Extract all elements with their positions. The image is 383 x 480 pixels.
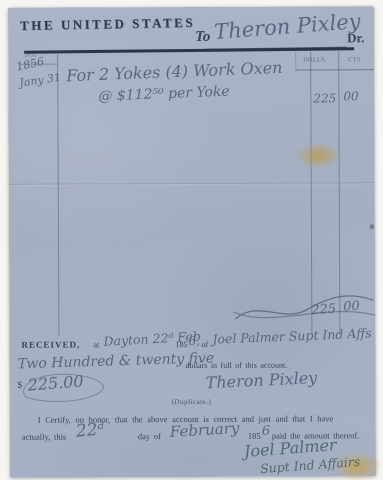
certify-day-of: day of bbox=[138, 431, 161, 441]
payee-signature-handwritten: Theron Pixley bbox=[205, 368, 317, 392]
entry-amount-dollars: 225 bbox=[313, 91, 336, 105]
received-year-digit-handwritten: 6, bbox=[188, 334, 200, 348]
date-column-divider bbox=[57, 53, 59, 336]
dollars-column-header: DOLLS. bbox=[303, 57, 327, 63]
duplicate-label: (Duplicate.) bbox=[172, 398, 212, 406]
amount-flourish bbox=[16, 369, 120, 403]
entry-description-line1: For 2 Yokes (4) Work Oxen bbox=[66, 58, 283, 85]
entry-date-handwritten: Jany 31 bbox=[19, 71, 62, 90]
certify-year-digit-handwritten: 6 bbox=[262, 424, 270, 439]
received-at-label: at bbox=[93, 340, 99, 349]
certify-day-handwritten: 22ᵈ bbox=[75, 419, 105, 442]
money-header-box-bottom bbox=[295, 69, 374, 70]
certify-month-handwritten: February bbox=[169, 419, 239, 441]
certify-year-printed: 185 bbox=[248, 431, 261, 441]
total-dollars: 225 bbox=[311, 302, 337, 318]
entry-amount-cents: 00 bbox=[343, 89, 358, 103]
money-header-box-left bbox=[295, 52, 296, 70]
united-states-title: THE UNITED STATES bbox=[20, 15, 195, 34]
paper-speck bbox=[370, 224, 374, 229]
document-paper: THE UNITED STATES To Theron Pixley Dr. 1… bbox=[8, 6, 376, 478]
total-cents: 00 bbox=[343, 299, 360, 315]
ink-stain-middle bbox=[295, 142, 341, 168]
entry-year-handwritten: 1856 bbox=[15, 55, 45, 74]
dollars-in-full-clause: dollars in full of this account. bbox=[186, 361, 288, 370]
header-rule bbox=[24, 47, 354, 53]
certify-actually-this: actually, this bbox=[22, 432, 66, 442]
to-label: To bbox=[195, 29, 210, 46]
received-of-label: of bbox=[201, 340, 208, 349]
fold-crease bbox=[9, 182, 375, 185]
entry-description-line2: @ $112⁵⁰ per Yoke bbox=[98, 84, 230, 105]
payee-name-handwritten: Theron Pixley bbox=[213, 9, 361, 44]
received-year-printed: 185 bbox=[175, 340, 187, 349]
dr-label: Dr. bbox=[347, 30, 364, 46]
cents-column-header: CTS. bbox=[348, 57, 363, 63]
received-label: RECEIVED, bbox=[21, 339, 80, 349]
